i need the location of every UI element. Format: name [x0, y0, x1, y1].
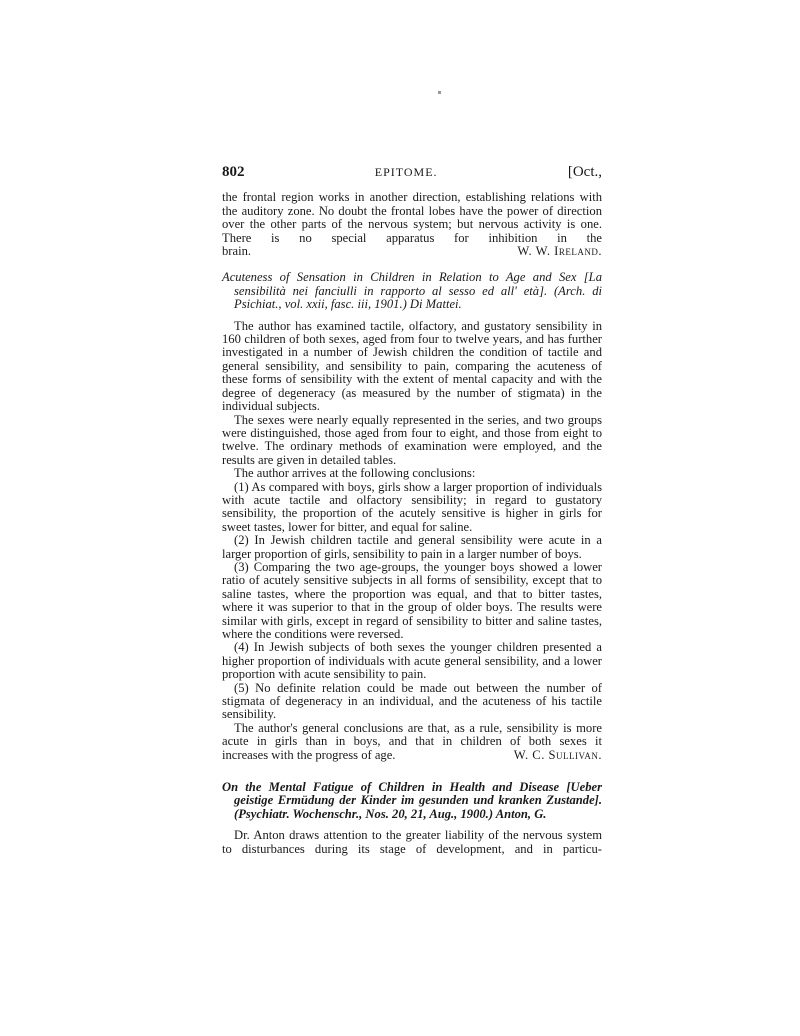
intro-signature-line: brain. W. W. Ireland.: [222, 245, 602, 258]
article1-paragraph: The sexes were nearly equally represente…: [222, 414, 602, 468]
page-number: 802: [222, 166, 245, 179]
article1-closing-last-line: increases with the progress of age.: [222, 749, 395, 762]
article1-title: Acuteness of Sensation in Children in Re…: [222, 271, 602, 311]
article1-paragraph: The author arrives at the following conc…: [222, 467, 602, 480]
conclusion-5: (5) No definite relation could be made o…: [222, 682, 602, 722]
article2-title: On the Mental Fatigue of Children in Hea…: [222, 781, 602, 821]
page: 802 EPITOME. [Oct., the frontal region w…: [222, 166, 602, 856]
running-title: EPITOME.: [375, 166, 438, 179]
article1-paragraph: The author has examined tactile, olfacto…: [222, 320, 602, 414]
article1-signature-line: increases with the progress of age. W. C…: [222, 749, 602, 762]
article1-closing: The author's general conclusions are tha…: [222, 722, 602, 749]
intro-paragraph: the frontal region works in another dire…: [222, 191, 602, 245]
conclusion-2: (2) In Jewish children tactile and gener…: [222, 534, 602, 561]
article2-paragraph: Dr. Anton draws attention to the greater…: [222, 829, 602, 856]
conclusion-1: (1) As compared with boys, girls show a …: [222, 481, 602, 535]
conclusion-4: (4) In Jewish subjects of both sexes the…: [222, 641, 602, 681]
intro-signature: W. W. Ireland.: [517, 245, 602, 258]
scan-artifact: [438, 91, 441, 94]
conclusion-3: (3) Comparing the two age-groups, the yo…: [222, 561, 602, 641]
article1-signature: W. C. Sullivan.: [514, 749, 602, 762]
page-header: 802 EPITOME. [Oct.,: [222, 166, 602, 179]
header-date: [Oct.,: [568, 166, 602, 179]
intro-last-line: brain.: [222, 245, 251, 258]
